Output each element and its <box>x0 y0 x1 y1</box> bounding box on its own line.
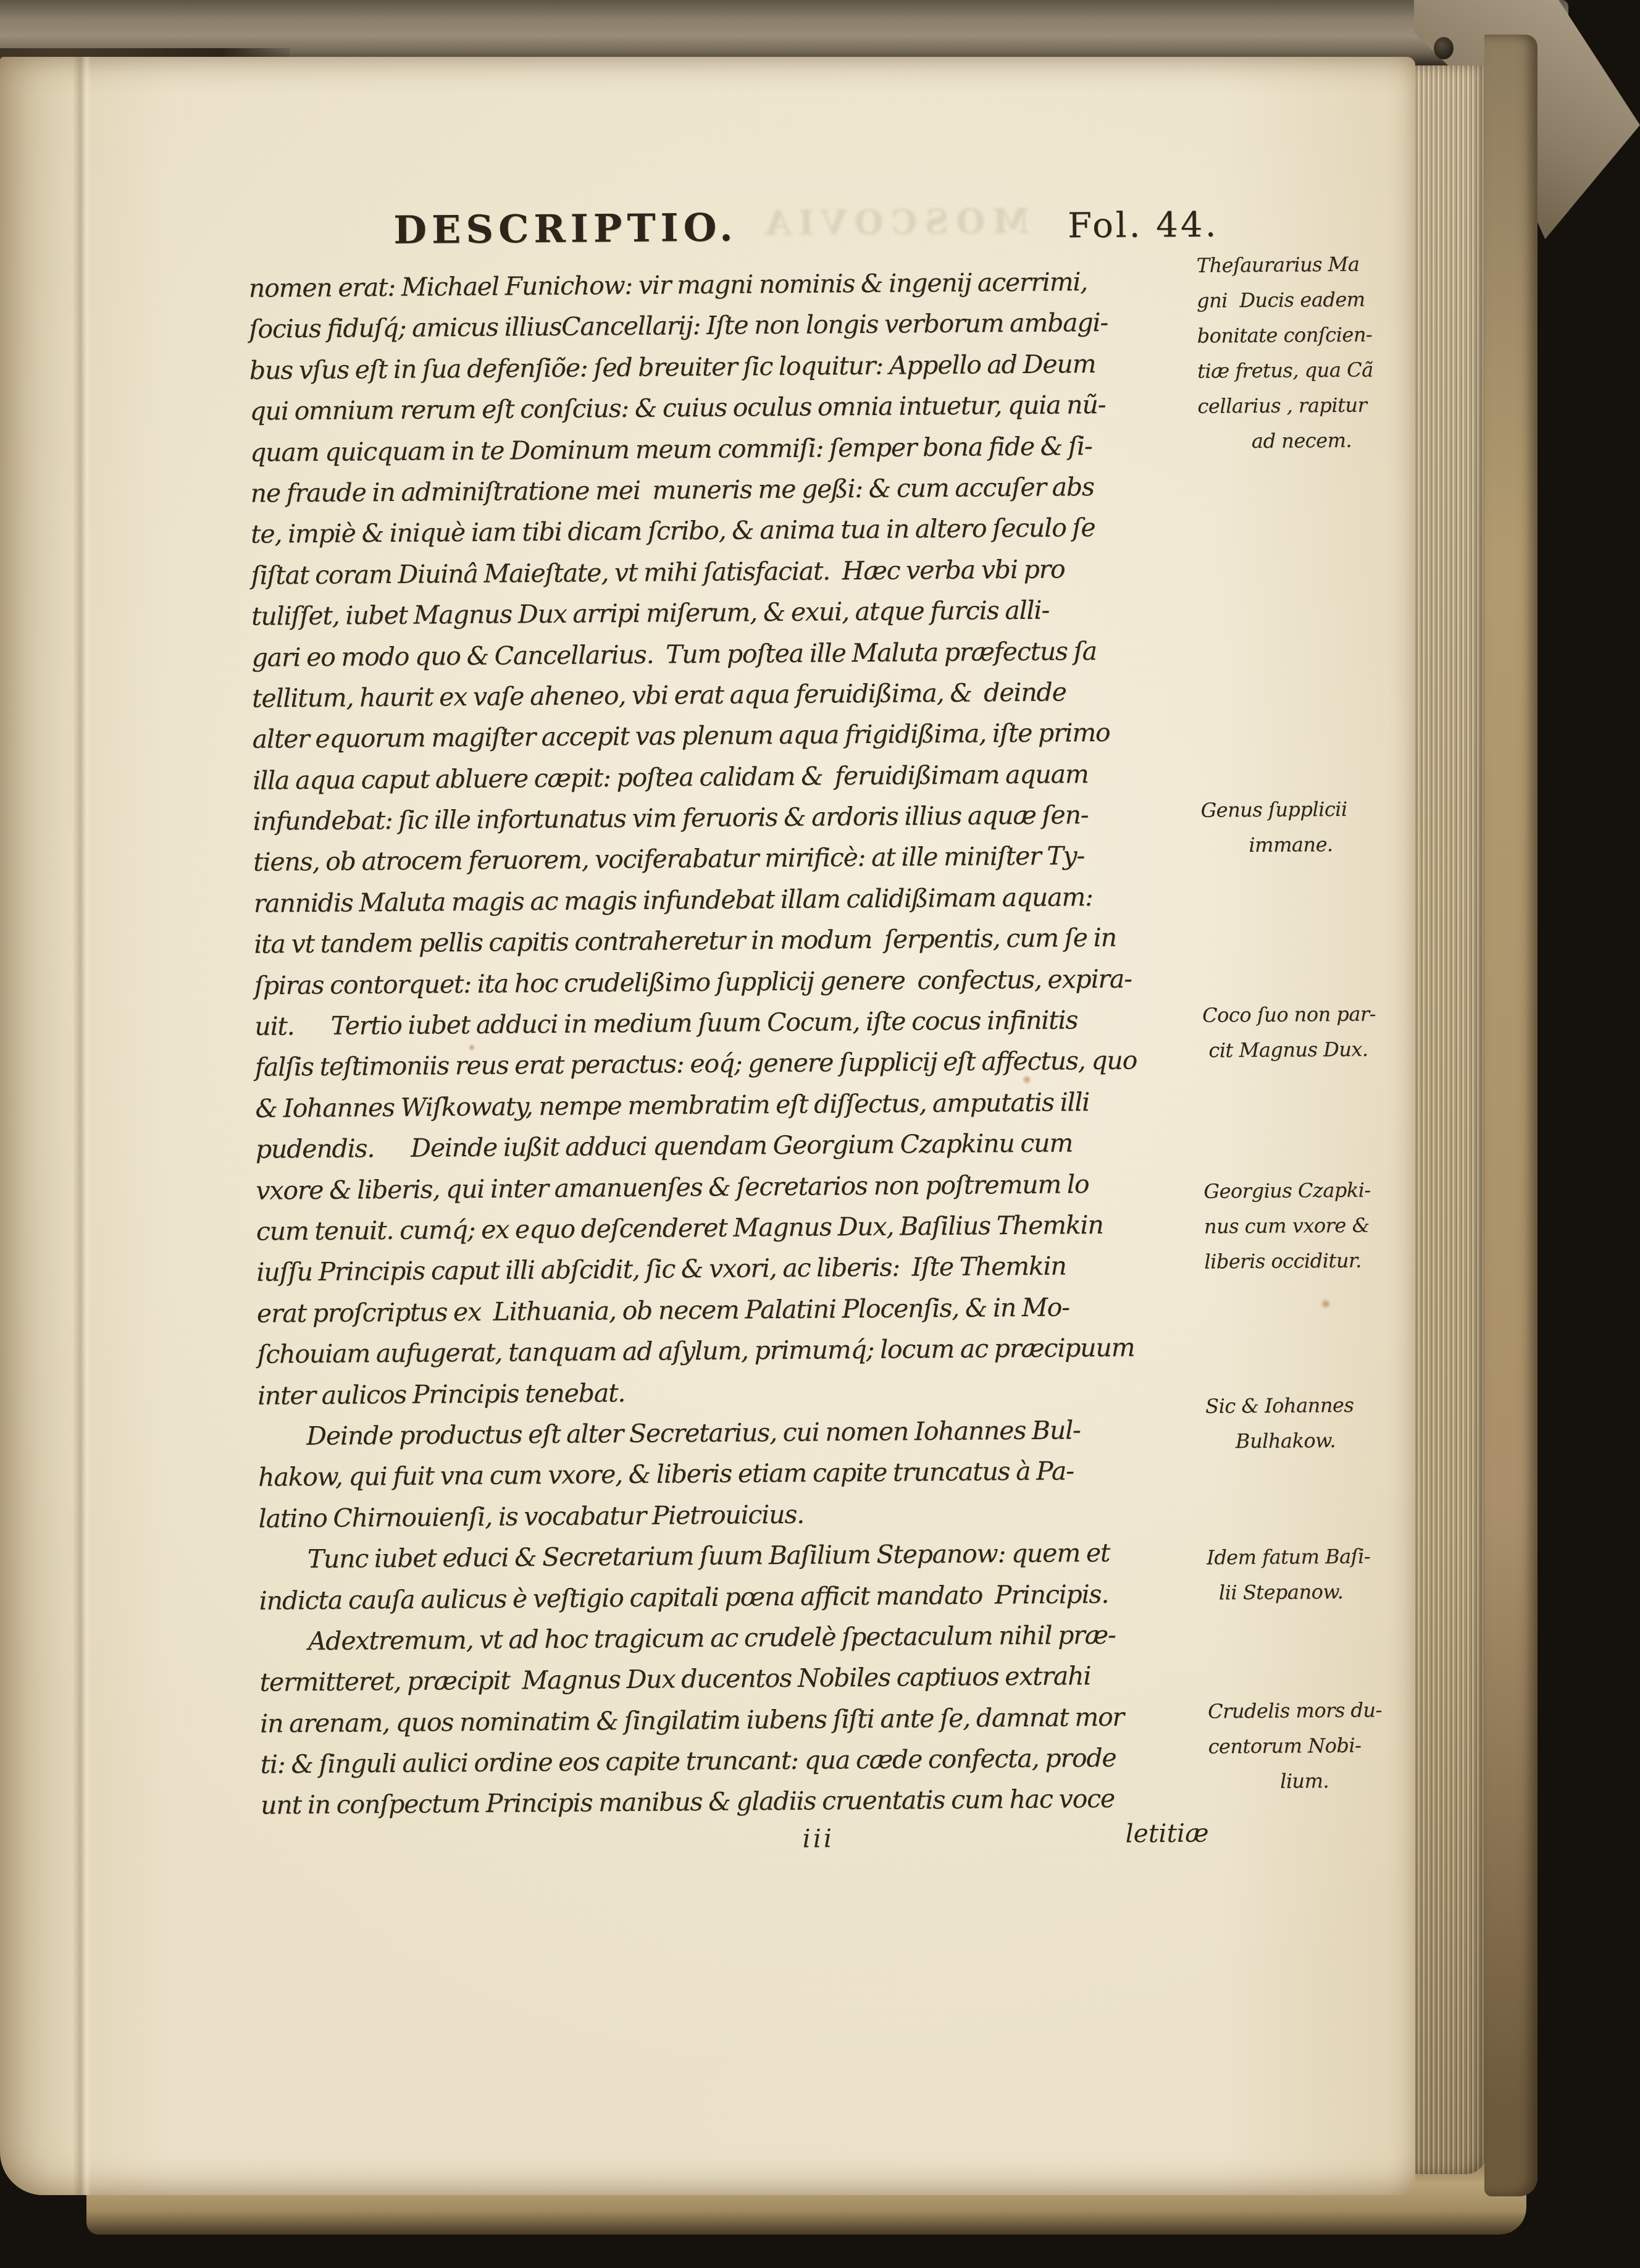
text-line: tiens, ob atrocem feruorem, vociferabatu… <box>253 834 1207 883</box>
margin-note-line: Georgius Czapki- <box>1203 1172 1413 1209</box>
margin-note-line: cit Magnus Dux. <box>1202 1031 1412 1069</box>
margin-note: Sic & Iohannes Bulhakow. <box>1205 1387 1416 1459</box>
text-line: bus vſus eſt in ſua defenſiõe: ſed breui… <box>249 342 1203 391</box>
margin-note-line: cellarius , rapitur <box>1197 387 1407 424</box>
text-line: hakow, qui fuit vna cum vxore, & liberis… <box>258 1450 1212 1498</box>
text-line: ſchouiam aufugerat, tanquam ad aſylum, p… <box>257 1327 1211 1375</box>
margin-note: Theſaurarius Magni Ducis eadembonitate c… <box>1197 246 1408 460</box>
margin-note-line: tiæ fretus, qua Cã <box>1197 352 1407 389</box>
text-line: ita vt tandem pellis capitis contraheret… <box>254 917 1208 965</box>
margin-note-line: gni Ducis eadem <box>1197 282 1407 319</box>
text-line: uit. Tertio iubet adduci in medium ſuum … <box>254 999 1208 1048</box>
margin-note-line: Sic & Iohannes <box>1205 1387 1415 1424</box>
text-line: falſis teſtimoniis reus erat peractus: e… <box>255 1039 1209 1088</box>
book-scan: MOSCOVIA DESCRIPTIO. Fol. 44. nomen erat… <box>0 0 1640 2268</box>
text-line: ne fraude in adminiſtratione mei muneris… <box>250 466 1204 514</box>
text-line: Deinde productus eſt alter Secretarius, … <box>257 1409 1211 1458</box>
text-line: quam quicquam in te Dominum meum commiſi… <box>250 424 1204 473</box>
text-line: tellitum, haurit ex vaſe aheneo, vbi era… <box>252 671 1206 720</box>
cover-fore-edge <box>1484 35 1537 2196</box>
margin-note: Idem fatum Baſi- lii Stepanow. <box>1207 1539 1417 1611</box>
signature-mark: iii <box>803 1823 835 1853</box>
body-text: nomen erat: Michael Funichow: vir magni … <box>249 261 1215 1826</box>
margin-note-line: bonitate conſcien- <box>1197 317 1407 354</box>
corner-rivet <box>1434 37 1454 59</box>
margin-note: Genus ſupplicii immane. <box>1200 791 1411 863</box>
margin-note: Coco ſuo non par- cit Magnus Dux. <box>1202 996 1413 1069</box>
margin-note-line: Crudelis mors du- <box>1208 1692 1418 1729</box>
margin-note-line: liberis occiditur. <box>1204 1243 1414 1280</box>
margin-note-line: Theſaurarius Ma <box>1197 246 1407 283</box>
text-line: qui omnium rerum eſt conſcius: & cuius o… <box>249 384 1203 432</box>
book-page: MOSCOVIA DESCRIPTIO. Fol. 44. nomen erat… <box>0 57 1415 2195</box>
text-layer: MOSCOVIA DESCRIPTIO. Fol. 44. nomen erat… <box>0 51 1423 2201</box>
text-line: in arenam, quos nominatim & ſingilatim i… <box>260 1695 1214 1744</box>
margin-note-line: ad necem. <box>1198 422 1408 460</box>
text-line: erat proſcriptus ex Lithuania, ob necem … <box>257 1285 1211 1334</box>
text-line: gari eo modo quo & Cancellarius. Tum poſ… <box>251 629 1205 678</box>
text-line: inter aulicos Principis tenebat. <box>257 1367 1211 1416</box>
text-line: illa aqua caput abluere cæpit: poſtea ca… <box>253 752 1207 801</box>
margin-note-line: Coco ſuo non par- <box>1202 996 1412 1033</box>
text-line: ſiſtat coram Diuinâ Maieſtate, vt mihi ſ… <box>251 547 1205 596</box>
text-line: infundebat: ſic ille infortunatus vim fe… <box>253 794 1207 842</box>
text-line: iuſſu Principis caput illi abſcidit, ſic… <box>256 1245 1210 1293</box>
text-line: cum tenuit. cumq́; ex equo deſcenderet M… <box>256 1204 1210 1253</box>
page-title: DESCRIPTIO. <box>393 205 738 253</box>
margin-note-line: nus cum vxore & <box>1204 1207 1414 1245</box>
text-line: pudendis. Deinde iußit adduci quendam Ge… <box>256 1122 1210 1170</box>
text-line: latino Chirnouienſi, is vocabatur Pietro… <box>258 1490 1212 1539</box>
text-line: ſocius fiduſq́; amicus illiusCancellarij… <box>249 301 1203 350</box>
text-line: indicta cauſa aulicus è veſtigio capital… <box>259 1573 1213 1621</box>
margin-note: Georgius Czapki-nus cum vxore &liberis o… <box>1203 1172 1414 1280</box>
text-line: vxore & liberis, qui inter amanuenſes & … <box>256 1162 1210 1211</box>
margin-note-line: lii Stepanow. <box>1207 1574 1416 1611</box>
text-line: rannidis Maluta magis ac magis infundeba… <box>254 875 1208 924</box>
text-line: alter equorum magiſter accepit vas plenu… <box>252 712 1206 760</box>
margin-note-line: Genus ſupplicii <box>1200 791 1410 828</box>
margin-note-line: Idem fatum Baſi- <box>1207 1539 1416 1576</box>
margin-note-line: lium. <box>1208 1763 1418 1800</box>
catchword: letitiæ <box>1029 1818 1208 1849</box>
margin-note-line: immane. <box>1201 826 1411 863</box>
folio-number: Fol. 44. <box>1068 204 1219 246</box>
page-block-fore-edge <box>1412 65 1487 2174</box>
text-line: ſpiras contorquet: ita hoc crudelißimo ſ… <box>254 957 1208 1006</box>
text-line: Adextremum, vt ad hoc tragicum ac crudel… <box>259 1613 1213 1662</box>
margin-note: Crudelis mors du-centorum Nobi- lium. <box>1208 1692 1418 1800</box>
text-line: termitteret, præcipit Magnus Dux ducento… <box>259 1655 1213 1703</box>
text-line: te, impiè & iniquè iam tibi dicam ſcribo… <box>251 506 1205 555</box>
text-line: ti: & ſinguli aulici ordine eos capite t… <box>260 1737 1214 1786</box>
margin-note-line: Bulhakow. <box>1205 1422 1415 1459</box>
text-line: & Iohannes Wiſkowaty, nempe membratim eſ… <box>255 1080 1209 1129</box>
text-line: nomen erat: Michael Funichow: vir magni … <box>249 261 1203 309</box>
text-line: Tunc iubet educi & Secretarium ſuum Baſi… <box>259 1532 1213 1581</box>
text-line: tuliſſet, iubet Magnus Dux arripi miſeru… <box>251 589 1205 637</box>
margin-note-line: centorum Nobi- <box>1208 1728 1418 1765</box>
